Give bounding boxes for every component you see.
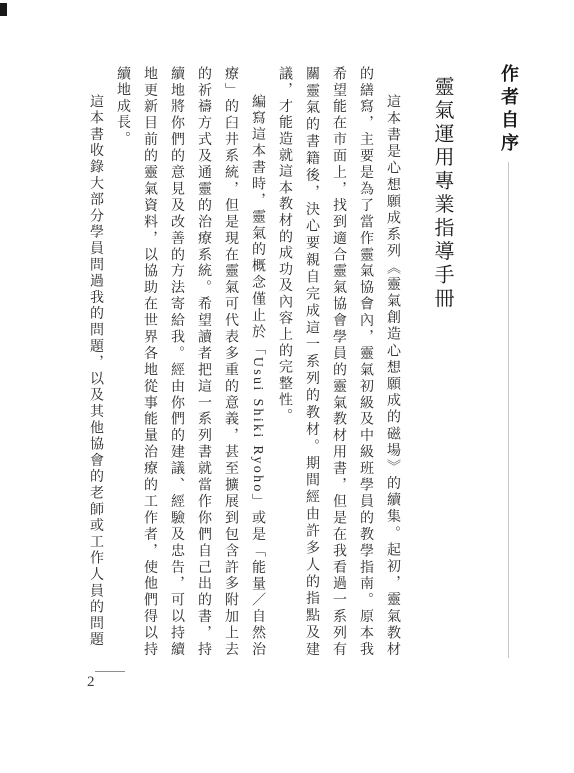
page-number-rule	[95, 671, 125, 672]
paragraph-2: 編寫這本書時，靈氣的概念僅止於「Usui Shiki Ryoho」或是「能量／自…	[109, 66, 271, 658]
book-title: 靈氣運用專業指導手冊	[428, 76, 457, 311]
section-title: 作者自序	[496, 64, 522, 156]
paragraph-1: 這本書是心想願成系列《靈氣創造心想願成的磁場》的續集。起初，靈氣教材的繕寫，主要…	[271, 66, 406, 658]
paragraph-3: 這本書收錄大部分學員問過我的問題，以及其他協會的老師或工作人員的問題	[82, 66, 109, 658]
corner-mark	[0, 3, 7, 16]
preface-body: 這本書是心想願成系列《靈氣創造心想願成的磁場》的續集。起初，靈氣教材的繕寫，主要…	[82, 66, 406, 658]
book-page: 作者自序 靈氣運用專業指導手冊 這本書是心想願成系列《靈氣創造心想願成的磁場》的…	[0, 0, 574, 773]
title-rule	[508, 162, 509, 658]
page-number: 2	[87, 674, 95, 691]
